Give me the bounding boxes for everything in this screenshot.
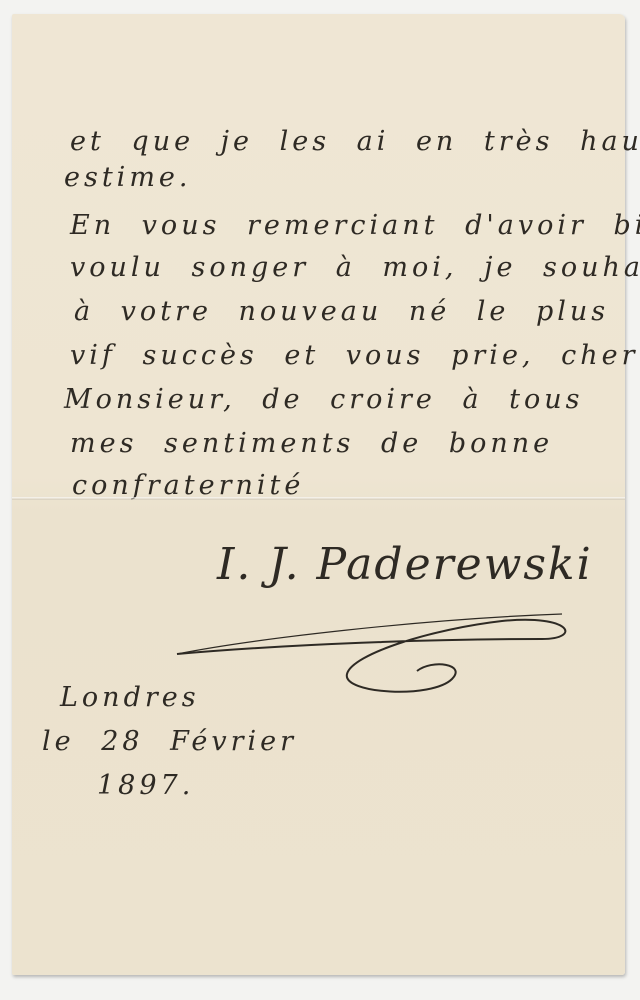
body-line-8: mes sentiments de bonne: [70, 428, 553, 459]
signature-flourish-icon: [172, 599, 592, 699]
body-line-1: et que je les ai en très haute: [70, 126, 640, 157]
closing-year: 1897.: [97, 770, 194, 801]
body-line-3: En vous remerciant d'avoir bien: [70, 210, 640, 241]
closing-place: Londres: [60, 682, 200, 713]
paper-fold-line: [12, 497, 625, 500]
body-line-7: Monsieur, de croire à tous: [64, 384, 584, 415]
closing-date: le 28 Février: [42, 726, 297, 757]
body-line-5: à votre nouveau né le plus: [74, 296, 609, 327]
signature: I. J. Paderewski: [217, 539, 593, 590]
letter-page: et que je les ai en très haute estime. E…: [12, 14, 625, 975]
body-line-4: voulu songer à moi, je souhaite: [70, 252, 640, 283]
body-line-6: vif succès et vous prie, cher: [70, 340, 638, 371]
body-line-2: estime.: [64, 162, 191, 193]
